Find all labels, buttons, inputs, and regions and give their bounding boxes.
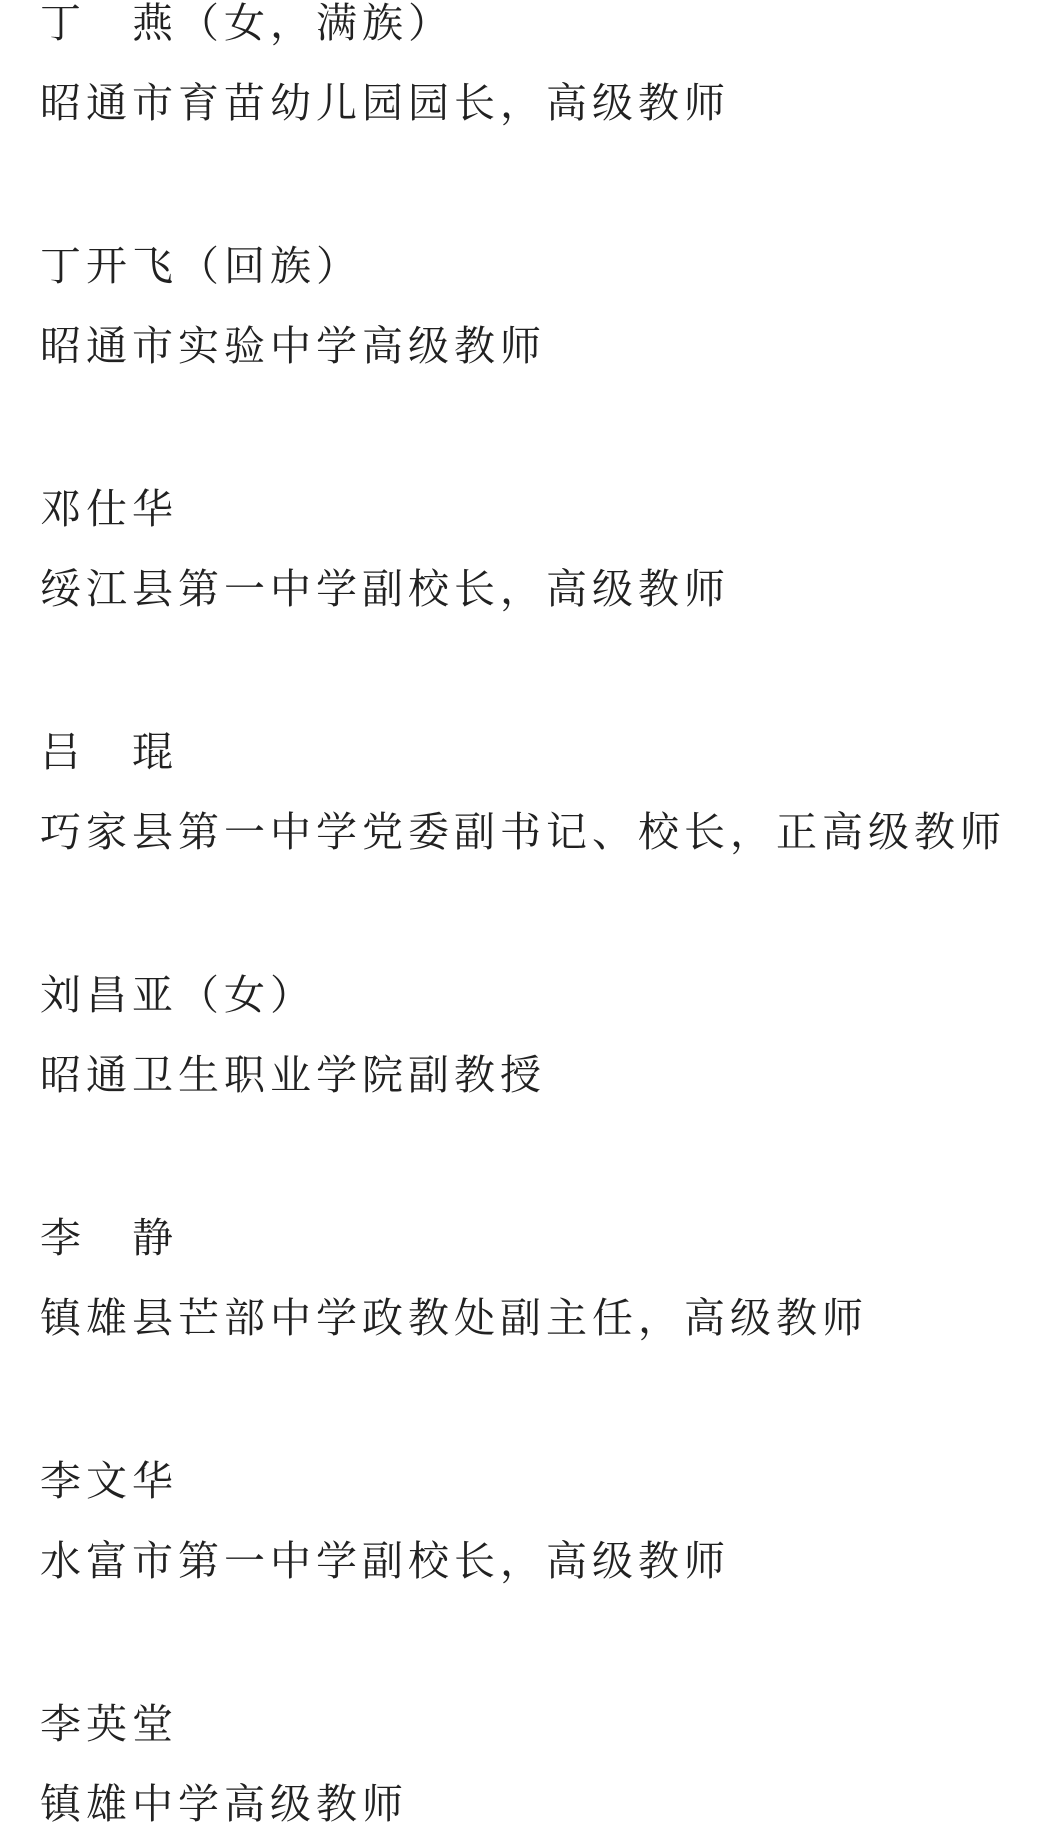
honoree-title: 昭通市实验中学高级教师	[40, 324, 1044, 368]
honoree-name: 吕 琨	[40, 730, 1044, 774]
honoree-title: 镇雄县芒部中学政教处副主任，高级教师	[40, 1296, 1044, 1340]
honoree-entry: 丁开飞（回族） 昭通市实验中学高级教师	[40, 244, 1044, 368]
honoree-title: 绥江县第一中学副校长，高级教师	[40, 567, 1044, 611]
honoree-entry: 丁 燕（女，满族） 昭通市育苗幼儿园园长，高级教师	[40, 1, 1044, 125]
honoree-entry: 吕 琨 巧家县第一中学党委副书记、校长，正高级教师	[40, 730, 1044, 854]
honoree-entry: 李文华 水富市第一中学副校长，高级教师	[40, 1459, 1044, 1583]
honoree-title: 昭通市育苗幼儿园园长，高级教师	[40, 81, 1044, 125]
honoree-title: 巧家县第一中学党委副书记、校长，正高级教师	[40, 810, 1044, 854]
honoree-name: 丁 燕（女，满族）	[40, 1, 1044, 45]
honoree-entry: 刘昌亚（女） 昭通卫生职业学院副教授	[40, 973, 1044, 1097]
honoree-name: 李 静	[40, 1216, 1044, 1260]
honoree-name: 刘昌亚（女）	[40, 973, 1044, 1017]
honoree-name: 李文华	[40, 1459, 1044, 1503]
honoree-title: 镇雄中学高级教师	[40, 1782, 1044, 1826]
document-page: 丁 燕（女，满族） 昭通市育苗幼儿园园长，高级教师 丁开飞（回族） 昭通市实验中…	[0, 0, 1064, 1832]
honoree-title: 水富市第一中学副校长，高级教师	[40, 1539, 1044, 1583]
honoree-entry: 李英堂 镇雄中学高级教师	[40, 1702, 1044, 1826]
honoree-name: 丁开飞（回族）	[40, 244, 1044, 288]
honoree-entry: 邓仕华 绥江县第一中学副校长，高级教师	[40, 487, 1044, 611]
honoree-name: 邓仕华	[40, 487, 1044, 531]
honoree-entry: 李 静 镇雄县芒部中学政教处副主任，高级教师	[40, 1216, 1044, 1340]
honoree-title: 昭通卫生职业学院副教授	[40, 1053, 1044, 1097]
honoree-name: 李英堂	[40, 1702, 1044, 1746]
